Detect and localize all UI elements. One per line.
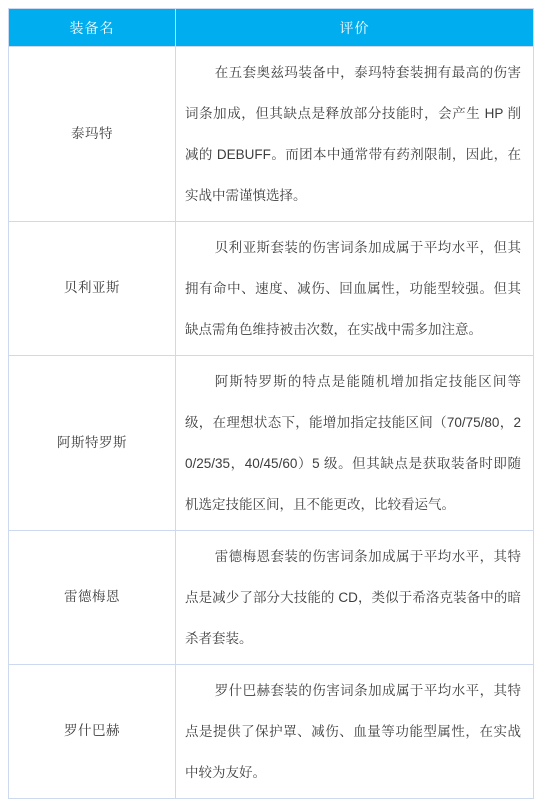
- table-row-taimate: 泰玛特 在五套奥兹玛装备中，泰玛特套装拥有最高的伤害词条加成，但其缺点是释放部分…: [9, 47, 534, 222]
- review-text: 罗什巴赫套装的伤害词条加成属于平均水平，其特点是提供了保护罩、减伤、血量等功能型…: [185, 670, 521, 793]
- column-header-review: 评价: [176, 9, 534, 47]
- header-row: 装备名 评价: [9, 9, 534, 47]
- equipment-review-table: 装备名 评价 泰玛特 在五套奥兹玛装备中，泰玛特套装拥有最高的伤害词条加成，但其…: [8, 8, 534, 799]
- review-text: 在五套奥兹玛装备中，泰玛特套装拥有最高的伤害词条加成，但其缺点是释放部分技能时，…: [185, 52, 521, 216]
- page: 装备名 评价 泰玛特 在五套奥兹玛装备中，泰玛特套装拥有最高的伤害词条加成，但其…: [0, 0, 541, 766]
- equipment-name-cell: 雷德梅恩: [9, 531, 176, 665]
- review-cell: 阿斯特罗斯的特点是能随机增加指定技能区间等级，在理想状态下，能增加指定技能区间（…: [176, 356, 534, 531]
- review-cell: 贝利亚斯套装的伤害词条加成属于平均水平，但其拥有命中、速度、减伤、回血属性，功能…: [176, 222, 534, 356]
- review-cell: 在五套奥兹玛装备中，泰玛特套装拥有最高的伤害词条加成，但其缺点是释放部分技能时，…: [176, 47, 534, 222]
- equipment-name-cell: 泰玛特: [9, 47, 176, 222]
- equipment-name-cell: 阿斯特罗斯: [9, 356, 176, 531]
- table-row-leidemeien: 雷德梅恩 雷德梅恩套装的伤害词条加成属于平均水平，其特点是减少了部分大技能的 C…: [9, 531, 534, 665]
- equipment-name-cell: 贝利亚斯: [9, 222, 176, 356]
- review-text: 雷德梅恩套装的伤害词条加成属于平均水平，其特点是减少了部分大技能的 CD，类似于…: [185, 536, 521, 659]
- table-row-beiliyasi: 贝利亚斯 贝利亚斯套装的伤害词条加成属于平均水平，但其拥有命中、速度、减伤、回血…: [9, 222, 534, 356]
- equipment-name-cell: 罗什巴赫: [9, 665, 176, 799]
- review-cell: 罗什巴赫套装的伤害词条加成属于平均水平，其特点是提供了保护罩、减伤、血量等功能型…: [176, 665, 534, 799]
- review-text: 贝利亚斯套装的伤害词条加成属于平均水平，但其拥有命中、速度、减伤、回血属性，功能…: [185, 227, 521, 350]
- table-row-asiteluosi: 阿斯特罗斯 阿斯特罗斯的特点是能随机增加指定技能区间等级，在理想状态下，能增加指…: [9, 356, 534, 531]
- review-cell: 雷德梅恩套装的伤害词条加成属于平均水平，其特点是减少了部分大技能的 CD，类似于…: [176, 531, 534, 665]
- review-text: 阿斯特罗斯的特点是能随机增加指定技能区间等级，在理想状态下，能增加指定技能区间（…: [185, 361, 521, 525]
- column-header-equipment-name: 装备名: [9, 9, 176, 47]
- table-row-luoshibahe: 罗什巴赫 罗什巴赫套装的伤害词条加成属于平均水平，其特点是提供了保护罩、减伤、血…: [9, 665, 534, 799]
